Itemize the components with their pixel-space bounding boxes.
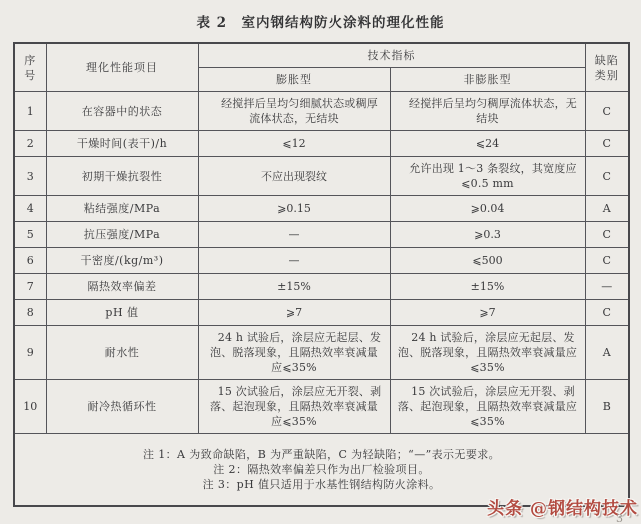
property-item-cell: 抗压强度/MPa [46, 222, 198, 248]
spec-table-body: 1在容器中的状态经搅拌后呈均匀细腻状态或稠厚流体状态，无结块经搅拌后呈均匀稠厚流… [14, 92, 629, 434]
property-item-cell: 隔热效率偏差 [46, 274, 198, 300]
header-expansion-type: 膨胀型 [198, 68, 390, 92]
non-expansion-value-cell: 允许出现 1～3 条裂纹，其宽度应⩽0.5 mm [390, 157, 585, 196]
defect-class-cell: C [585, 222, 629, 248]
non-expansion-value-cell: ⩽24 [390, 131, 585, 157]
table-row: 2干燥时间(表干)/h⩽12⩽24C [14, 131, 629, 157]
defect-class-cell: C [585, 131, 629, 157]
serial-number-cell: 6 [14, 248, 46, 274]
table-row: 7隔热效率偏差±15%±15%— [14, 274, 629, 300]
serial-number-cell: 2 [14, 131, 46, 157]
serial-number-cell: 3 [14, 157, 46, 196]
note-2: 注 2：隔热效率偏差只作为出厂检验项目。 [22, 462, 621, 477]
expansion-value-cell: ⩽12 [198, 131, 390, 157]
expansion-value-cell: ⩾7 [198, 300, 390, 326]
defect-class-cell: A [585, 326, 629, 380]
table-row: 6干密度/(kg/m³)—⩽500C [14, 248, 629, 274]
header-technical-index: 技术指标 [198, 43, 585, 68]
header-defect-class: 缺陷类别 [585, 43, 629, 92]
note-1: 注 1：A 为致命缺陷，B 为严重缺陷，C 为轻缺陷；“—”表示无要求。 [22, 447, 621, 462]
defect-class-cell: B [585, 380, 629, 434]
non-expansion-value-cell: 24 h 试验后，涂层应无起层、发泡、脱落现象，且隔热效率衰减量应⩽35% [390, 326, 585, 380]
spec-table: 序号 理化性能项目 技术指标 缺陷类别 膨胀型 非膨胀型 1在容器中的状态经搅拌… [13, 42, 630, 507]
property-item-cell: 耐冷热循环性 [46, 380, 198, 434]
defect-class-cell: A [585, 196, 629, 222]
expansion-value-cell: ⩾0.15 [198, 196, 390, 222]
table-title: 表 2 室内钢结构防火涂料的理化性能 [0, 11, 641, 31]
expansion-value-cell: 15 次试验后，涂层应无开裂、剥落、起泡现象，且隔热效率衰减量应⩽35% [198, 380, 390, 434]
serial-number-cell: 8 [14, 300, 46, 326]
non-expansion-value-cell: ±15% [390, 274, 585, 300]
property-item-cell: 粘结强度/MPa [46, 196, 198, 222]
expansion-value-cell: ±15% [198, 274, 390, 300]
table-row: 3初期干燥抗裂性不应出现裂纹允许出现 1～3 条裂纹，其宽度应⩽0.5 mmC [14, 157, 629, 196]
header-non-expansion-type: 非膨胀型 [390, 68, 585, 92]
serial-number-cell: 7 [14, 274, 46, 300]
property-item-cell: pH 值 [46, 300, 198, 326]
defect-class-cell: C [585, 157, 629, 196]
table-row: 8pH 值⩾7⩾7C [14, 300, 629, 326]
expansion-value-cell: 经搅拌后呈均匀细腻状态或稠厚流体状态，无结块 [198, 92, 390, 131]
expansion-value-cell: 不应出现裂纹 [198, 157, 390, 196]
header-serial-number: 序号 [14, 43, 46, 92]
spec-table-header: 序号 理化性能项目 技术指标 缺陷类别 膨胀型 非膨胀型 [14, 43, 629, 92]
non-expansion-value-cell: ⩾0.04 [390, 196, 585, 222]
non-expansion-value-cell: 15 次试验后，涂层应无开裂、剥落、起泡现象，且隔热效率衰减量应⩽35% [390, 380, 585, 434]
property-item-cell: 在容器中的状态 [46, 92, 198, 131]
property-item-cell: 耐水性 [46, 326, 198, 380]
non-expansion-value-cell: ⩾0.3 [390, 222, 585, 248]
expansion-value-cell: 24 h 试验后，涂层应无起层、发泡、脱落现象，且隔热效率衰减量应⩽35% [198, 326, 390, 380]
serial-number-cell: 9 [14, 326, 46, 380]
table-row: 1在容器中的状态经搅拌后呈均匀细腻状态或稠厚流体状态，无结块经搅拌后呈均匀稠厚流… [14, 92, 629, 131]
defect-class-cell: C [585, 92, 629, 131]
serial-number-cell: 5 [14, 222, 46, 248]
table-row: 9耐水性24 h 试验后，涂层应无起层、发泡、脱落现象，且隔热效率衰减量应⩽35… [14, 326, 629, 380]
note-3: 注 3：pH 值只适用于水基性钢结构防火涂料。 [22, 477, 621, 492]
property-item-cell: 初期干燥抗裂性 [46, 157, 198, 196]
expansion-value-cell: — [198, 248, 390, 274]
table-row: 4粘结强度/MPa⩾0.15⩾0.04A [14, 196, 629, 222]
defect-class-cell: C [585, 300, 629, 326]
non-expansion-value-cell: 经搅拌后呈均匀稠厚流体状态，无结块 [390, 92, 585, 131]
serial-number-cell: 1 [14, 92, 46, 131]
table-row: 10耐冷热循环性15 次试验后，涂层应无开裂、剥落、起泡现象，且隔热效率衰减量应… [14, 380, 629, 434]
defect-class-cell: — [585, 274, 629, 300]
non-expansion-value-cell: ⩽500 [390, 248, 585, 274]
table-row: 5抗压强度/MPa—⩾0.3C [14, 222, 629, 248]
defect-class-cell: C [585, 248, 629, 274]
expansion-value-cell: — [198, 222, 390, 248]
non-expansion-value-cell: ⩾7 [390, 300, 585, 326]
page-number: 3 [616, 512, 623, 524]
property-item-cell: 干燥时间(表干)/h [46, 131, 198, 157]
header-property-item: 理化性能项目 [46, 43, 198, 92]
serial-number-cell: 4 [14, 196, 46, 222]
serial-number-cell: 10 [14, 380, 46, 434]
property-item-cell: 干密度/(kg/m³) [46, 248, 198, 274]
